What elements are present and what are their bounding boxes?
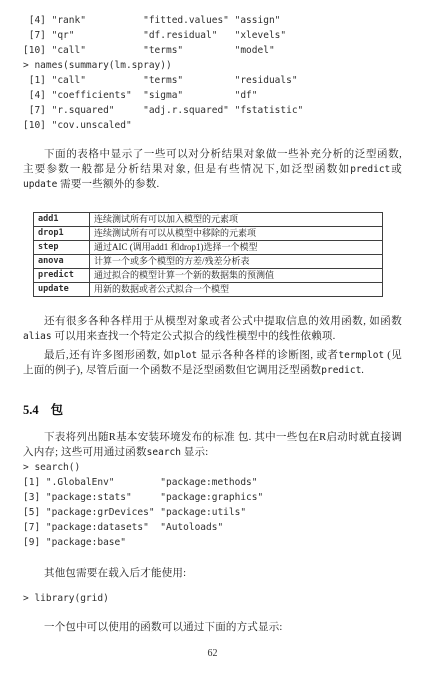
table-cmd-cell: drop1 <box>34 227 90 241</box>
table-cmd-cell: predict <box>34 269 90 283</box>
text-run: 其他包需要在载入后才能使用: <box>44 568 186 579</box>
table-desc-cell: 通过AIC (调用add1 和drop1)选择一个模型 <box>90 241 383 255</box>
paragraph-other-packages: 其他包需要在载入后才能使用: <box>23 566 402 581</box>
page-number: 62 <box>23 648 402 659</box>
table-row: add1 连续测试所有可以加入模型的元素项 <box>34 213 383 227</box>
text-run: 还有很多各种各样用于从模型对象或者公式中提取信息的效用函数, 如函数 <box>44 316 402 327</box>
text-run: . <box>361 365 364 376</box>
inline-code: plot <box>174 350 197 361</box>
paragraph-list-functions: 一个包中可以使用的函数可以通过下面的方式显示: <box>23 620 402 635</box>
text-run: 可以用来查找一个特定公式拟合的线性模型中的线性依赖项. <box>52 331 336 342</box>
table-row: drop1 连续测试所有可以从模型中移除的元素项 <box>34 227 383 241</box>
table-cmd-cell: add1 <box>34 213 90 227</box>
section-title: 包 <box>51 403 64 417</box>
paragraph-graphics-functions: 最后,还有许多图形函数, 如plot 显示各种各样的诊断图, 或者termplo… <box>23 348 402 378</box>
text-run: 下面的表格中显示了一些可以对分析结果对象做一些补充分析的泛型函数, 主要参数一般… <box>23 149 402 175</box>
generic-functions-table: add1 连续测试所有可以加入模型的元素项 drop1 连续测试所有可以从模型中… <box>33 212 383 297</box>
text-run: 显示各种各样的诊断图, 或者 <box>197 350 338 361</box>
table-desc-cell: 连续测试所有可以加入模型的元素项 <box>90 213 383 227</box>
table-cmd-cell: anova <box>34 255 90 269</box>
table-cmd-cell: update <box>34 283 90 297</box>
r-console-output-search: > search() [1] ".GlobalEnv" "package:met… <box>23 460 402 550</box>
table-cmd-cell: step <box>34 241 90 255</box>
table-row: anova 计算一个或多个模型的方差/残差分析表 <box>34 255 383 269</box>
inline-code: search <box>147 447 181 458</box>
table-desc-cell: 用新的数据或者公式拟合一个模型 <box>90 283 383 297</box>
r-console-library-grid: > library(grid) <box>23 591 402 606</box>
inline-code: alias <box>23 331 52 342</box>
table-desc-cell: 通过拟合的模型计算一个新的数据集的预测值 <box>90 269 383 283</box>
inline-code: predict <box>321 365 361 376</box>
inline-code: termplot <box>338 350 384 361</box>
text-run: 或 <box>390 164 402 175</box>
section-number: 5.4 <box>23 403 39 417</box>
text-run: 一个包中可以使用的函数可以通过下面的方式显示: <box>44 622 283 633</box>
document-page: [4] "rank" "fitted.values" "assign" [7] … <box>0 0 425 686</box>
table-desc-cell: 计算一个或多个模型的方差/残差分析表 <box>90 255 383 269</box>
table-desc-cell: 连续测试所有可以从模型中移除的元素项 <box>90 227 383 241</box>
inline-code: predict <box>350 164 390 175</box>
text-run: 最后,还有许多图形函数, 如 <box>44 350 174 361</box>
paragraph-utility-functions: 还有很多各种各样用于从模型对象或者公式中提取信息的效用函数, 如函数alias … <box>23 314 402 344</box>
table-row: update 用新的数据或者公式拟合一个模型 <box>34 283 383 297</box>
text-run: 显示: <box>181 447 208 458</box>
inline-code: update <box>23 179 57 190</box>
r-console-output-names: [4] "rank" "fitted.values" "assign" [7] … <box>23 13 402 133</box>
paragraph-generic-functions-intro: 下面的表格中显示了一些可以对分析结果对象做一些补充分析的泛型函数, 主要参数一般… <box>23 147 402 192</box>
paragraph-packages-intro: 下表将列出随R基本安装环境发布的标准 包. 其中一些包在R启动时就直接调入内存;… <box>23 430 402 460</box>
table-row: step 通过AIC (调用add1 和drop1)选择一个模型 <box>34 241 383 255</box>
section-heading: 5.4包 <box>23 400 402 418</box>
text-run: 需要一些额外的参数. <box>57 179 159 190</box>
text-run: 下表将列出随R基本安装环境发布的标准 包. 其中一些包在R启动时就直接调入内存;… <box>23 432 402 458</box>
generic-functions-table-body: add1 连续测试所有可以加入模型的元素项 drop1 连续测试所有可以从模型中… <box>34 213 383 297</box>
table-row: predict 通过拟合的模型计算一个新的数据集的预测值 <box>34 269 383 283</box>
